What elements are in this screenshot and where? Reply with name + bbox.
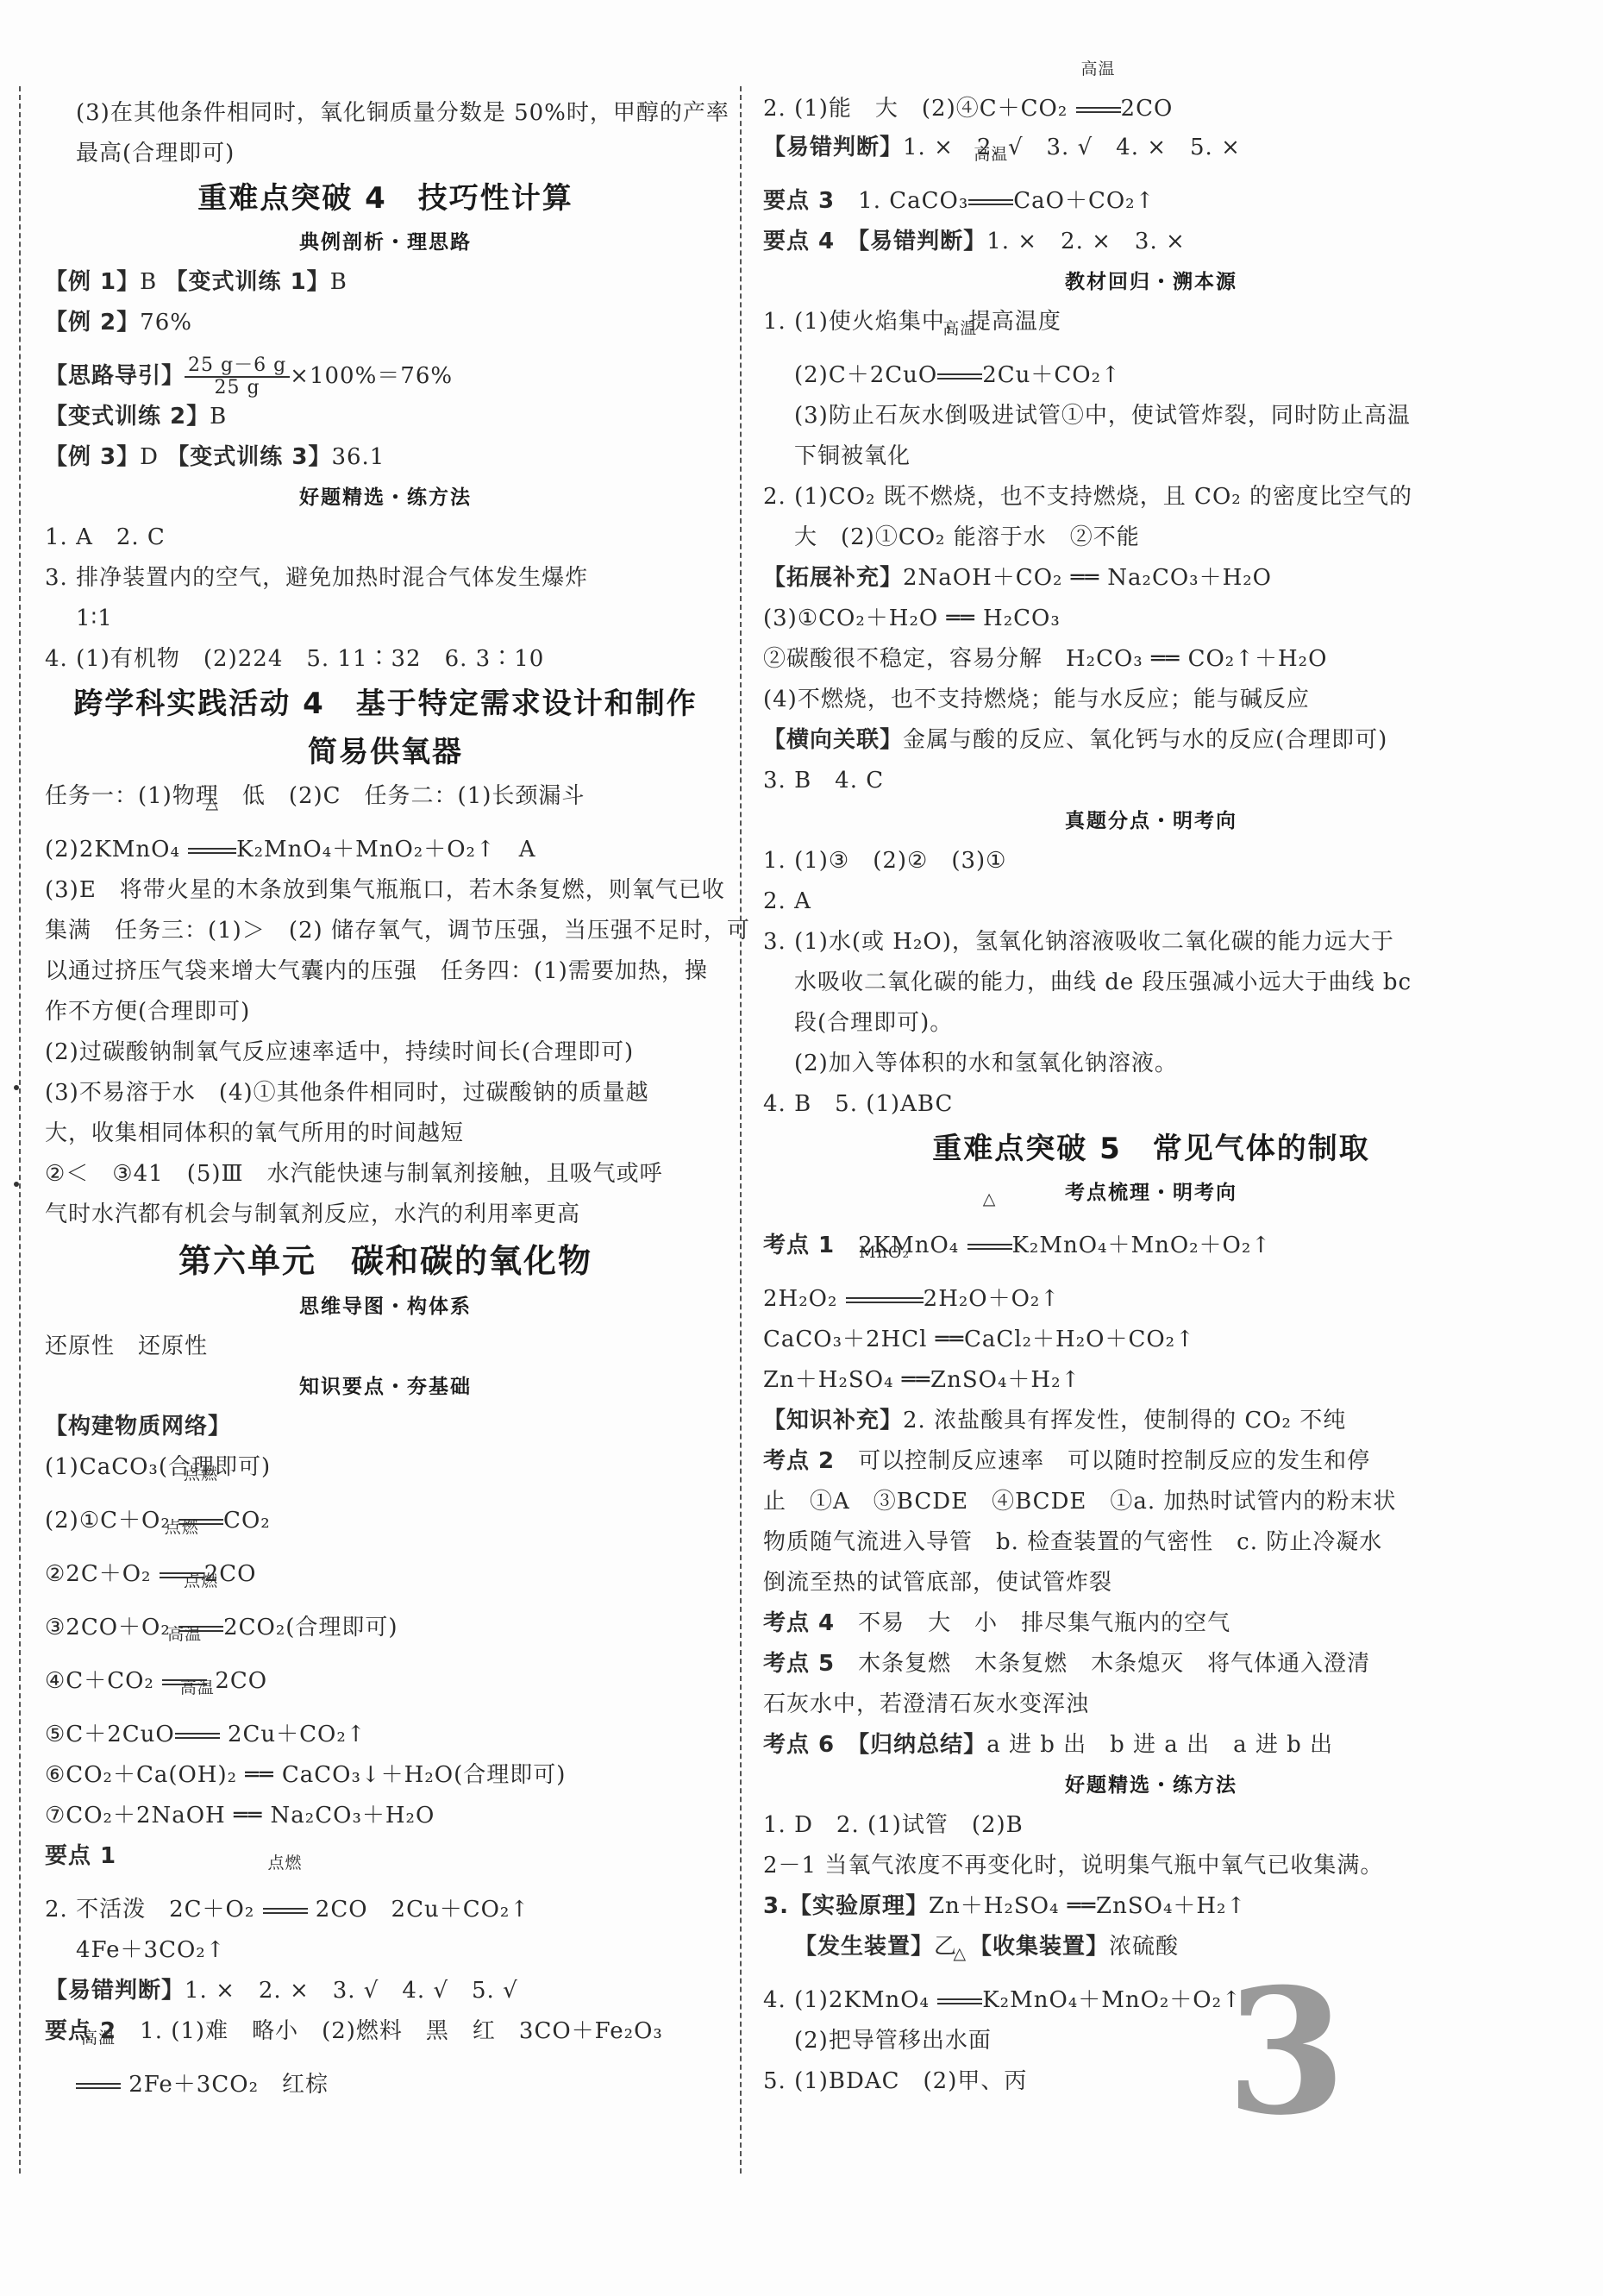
label: 【归纳总结】 bbox=[858, 1732, 986, 1758]
equation-line: ④C＋CO₂ 高温 2CO bbox=[45, 1648, 726, 1702]
label: 【拓展补充】 bbox=[763, 565, 903, 591]
answer-line: 3. 排净装置内的空气，避免加热时混合气体发生爆炸 bbox=[45, 558, 726, 599]
answer-line: 段(合理即可)。 bbox=[763, 1003, 1539, 1044]
reaction-condition: 高温 bbox=[937, 342, 982, 408]
answer-line: 【拓展补充】2NaOH＋CO₂ ══ Na₂CO₃＋H₂O bbox=[763, 558, 1539, 599]
answer-line: 【易错判断】1. × 2. × 3. √ 4. √ 5. √ bbox=[45, 1971, 726, 2011]
answer: 金属与酸的反应、氧化钙与水的反应(合理即可) bbox=[903, 727, 1387, 753]
answer-line: 集满 任务三：(1)＞ (2) 储存氧气，调节压强，当压强不足时，可 bbox=[45, 911, 726, 951]
answer: B bbox=[330, 269, 348, 295]
answer-line: 大，收集相同体积的氧气所用的时间越短 bbox=[45, 1113, 726, 1154]
answer-line: 2. (1)CO₂ 既不燃烧，也不支持燃烧，且 CO₂ 的密度比空气的 bbox=[763, 477, 1539, 518]
answer-line: 3. B 4. C bbox=[763, 761, 1539, 801]
answer-line: 考点 4 不易 大 小 排尽集气瓶内的空气 bbox=[763, 1603, 1539, 1644]
margin-dot bbox=[14, 1182, 19, 1187]
equation-products: 2CO bbox=[1121, 96, 1174, 122]
equation-products: K₂MnO₄＋MnO₂＋O₂↑ bbox=[982, 1987, 1242, 2013]
answer-line: 1. D 2. (1)试管 (2)B bbox=[763, 1805, 1539, 1846]
section-title: 重难点突破 5 常见气体的制取 bbox=[763, 1125, 1539, 1173]
answer-line: (3)防止石灰水倒吸进试管①中，使试管炸裂，同时防止高温 bbox=[763, 396, 1539, 436]
condition-label: 高温 bbox=[968, 146, 1013, 163]
answer-line: (3)①CO₂＋H₂O ══ H₂CO₃ bbox=[763, 599, 1539, 639]
condition-label: 点燃 bbox=[178, 1572, 223, 1590]
answer-line: (3)E 将带火星的木条放到集气瓶瓶口，若木条复燃，则氧气已收 bbox=[45, 870, 726, 911]
label: 【变式训练 3】 bbox=[166, 444, 331, 470]
reaction-condition: 高温 bbox=[175, 1702, 220, 1767]
label: 要点 1 bbox=[45, 1836, 726, 1877]
column-divider-dashed-rule bbox=[740, 86, 742, 2174]
answer: D bbox=[140, 444, 159, 470]
answer-line: 气时水汽都有机会与制氧剂反应，水汽的利用率更高 bbox=[45, 1195, 726, 1235]
answer: 可以控制反应速率 可以随时控制反应的发生和停 bbox=[835, 1448, 1370, 1474]
condition-label: 点燃 bbox=[263, 1854, 308, 1872]
equation-line: (1)CaCO₃(合理即可) bbox=[45, 1447, 726, 1488]
condition-label: 高温 bbox=[175, 1679, 220, 1697]
answer: B bbox=[210, 404, 227, 430]
label: 【横向关联】 bbox=[763, 727, 903, 753]
denominator: 25 g bbox=[185, 378, 290, 398]
label: 【实验原理】 bbox=[789, 1893, 929, 1919]
answer-line: 2. A bbox=[763, 881, 1539, 922]
subsection-title: 知识要点・夯基础 bbox=[45, 1367, 726, 1407]
answer: 木条复燃 木条复燃 木条熄灭 将气体通入澄清 bbox=[835, 1651, 1370, 1677]
answer-line: 任务一：(1)物理 低 (2)C 任务二：(1)长颈漏斗 bbox=[45, 776, 726, 817]
label: 【收集装置】 bbox=[980, 1934, 1109, 1960]
equation-products: 2CO 2Cu＋CO₂↑ bbox=[308, 1897, 530, 1923]
label: 要点 3 bbox=[763, 188, 835, 214]
equation-reactants: 2. (1)能 大 (2)④C＋CO₂ bbox=[763, 96, 1076, 122]
answer-line: 石灰水中，若澄清石灰水变浑浊 bbox=[763, 1684, 1539, 1725]
label: 考点 1 bbox=[763, 1233, 835, 1258]
equation-line: 2. (1)能 大 (2)④C＋CO₂ 高温2CO bbox=[763, 83, 1539, 128]
answer-line: 【例 2】76% bbox=[45, 303, 726, 343]
left-column: (3)在其他条件相同时，氧化铜质量分数是 50%时，甲醇的产率 最高(合理即可)… bbox=[45, 93, 726, 2105]
label: 【思路导引】 bbox=[45, 363, 185, 389]
double-bar bbox=[1076, 107, 1121, 113]
condition-label: 高温 bbox=[162, 1626, 207, 1643]
equation-line: 2H₂O₂ MnO₂2H₂O＋O₂↑ bbox=[763, 1266, 1539, 1320]
equation-line: ⑦CO₂＋2NaOH ══ Na₂CO₃＋H₂O bbox=[45, 1796, 726, 1836]
answer: 1. × 2. × 3. × bbox=[986, 229, 1186, 254]
activity-title: 跨学科实践活动 4 基于特定需求设计和制作 bbox=[45, 680, 726, 728]
equation-products: CaO＋CO₂↑ bbox=[1013, 188, 1155, 214]
answer-line: 以通过挤压气袋来增大气囊内的压强 任务四：(1)需要加热，操 bbox=[45, 951, 726, 992]
answer: 浓硫酸 bbox=[1109, 1934, 1179, 1960]
equation-line: 高温 2Fe＋3CO₂ 红棕 bbox=[45, 2052, 726, 2105]
label: 考点 5 bbox=[763, 1651, 835, 1677]
equation-reactants: 2H₂O₂ bbox=[763, 1286, 846, 1312]
answer: Zn＋H₂SO₄ ══ZnSO₄＋H₂↑ bbox=[929, 1893, 1246, 1919]
answer: 不易 大 小 排尽集气瓶内的空气 bbox=[835, 1610, 1230, 1636]
condition-label: 高温 bbox=[937, 320, 982, 337]
equation-reactants: (2)C＋2CuO bbox=[794, 362, 937, 388]
condition-label: MnO₂ bbox=[846, 1244, 924, 1261]
condition-label: △ bbox=[937, 1945, 982, 1962]
answer: a 进 b 出 b 进 a 出 a 进 b 出 bbox=[986, 1732, 1333, 1758]
condition-label: △ bbox=[188, 794, 236, 812]
answer: B bbox=[140, 269, 157, 295]
subsection-title: 真题分点・明考向 bbox=[763, 801, 1539, 841]
double-bar bbox=[967, 1244, 1012, 1250]
answer-line: 倒流至热的试管底部，使试管炸裂 bbox=[763, 1563, 1539, 1603]
answer-line: 3. (1)水(或 H₂O)，氢氧化钠溶液吸收二氧化碳的能力远大于 bbox=[763, 922, 1539, 963]
margin-dot bbox=[14, 1085, 19, 1090]
answer: ×100%＝76% bbox=[290, 363, 453, 389]
answer-line: 【例 1】B 【变式训练 1】B bbox=[45, 262, 726, 303]
answer: 36.1 bbox=[331, 444, 385, 470]
answer-line: 【发生装置】乙 【收集装置】浓硫酸 bbox=[763, 1927, 1539, 1967]
label: 考点 4 bbox=[763, 1610, 835, 1636]
label: 【知识补充】 bbox=[763, 1408, 903, 1433]
reaction-condition: 高温 bbox=[1076, 83, 1121, 135]
subsection-title: 考点梳理・明考向 bbox=[763, 1173, 1539, 1213]
answer-line: (4)不燃烧，也不支持燃烧；能与水反应；能与碱反应 bbox=[763, 680, 1539, 720]
equation-products: 2CO₂(合理即可) bbox=[223, 1615, 398, 1640]
label: 【例 3】 bbox=[45, 444, 140, 470]
condition-label: 点燃 bbox=[178, 1465, 223, 1483]
double-bar bbox=[846, 1297, 924, 1303]
label: 【易错判断】 bbox=[858, 229, 986, 254]
equation-line: Zn＋H₂SO₄ ══ZnSO₄＋H₂↑ bbox=[763, 1360, 1539, 1401]
reaction-condition: 高温 bbox=[968, 168, 1013, 234]
condition-label: 高温 bbox=[1076, 60, 1121, 78]
reaction-condition: △ bbox=[967, 1213, 1012, 1278]
label: 【发生装置】 bbox=[794, 1934, 934, 1960]
answer: 1. × 2. √ 3. √ 4. × 5. × bbox=[903, 135, 1241, 160]
answer: 1. (1)难 略小 (2)燃料 黑 红 3CO＋Fe₂O₃ bbox=[140, 2018, 663, 2044]
double-bar bbox=[968, 199, 1013, 205]
condition-label: 点燃 bbox=[160, 1519, 204, 1536]
unit-title: 第六单元 碳和碳的氧化物 bbox=[45, 1235, 726, 1287]
equation-products: 2Cu＋CO₂↑ bbox=[982, 362, 1121, 388]
reaction-condition: △ bbox=[188, 817, 236, 882]
answer: 2NaOH＋CO₂ ══ Na₂CO₃＋H₂O bbox=[903, 565, 1272, 591]
equation-line: 2. 不活泼 2C＋O₂ 点燃 2CO 2Cu＋CO₂↑ bbox=[45, 1877, 726, 1930]
answer: 2. 浓盐酸具有挥发性，使制得的 CO₂ 不纯 bbox=[903, 1408, 1346, 1433]
equation-line: 要点 3 1. CaCO₃高温CaO＋CO₂↑ bbox=[763, 168, 1539, 222]
label: 要点 4 bbox=[763, 229, 835, 254]
answer-line: 止 ①A ③BCDE ④BCDE ①a. 加热时试管内的粉末状 bbox=[763, 1482, 1539, 1522]
label: 【例 1】 bbox=[45, 269, 140, 295]
equation-products: K₂MnO₄＋MnO₂＋O₂↑ bbox=[1012, 1233, 1272, 1258]
answer-line: 大 (2)①CO₂ 能溶于水 ②不能 bbox=[763, 518, 1539, 558]
equation-line: ②2C＋O₂ 点燃2CO bbox=[45, 1541, 726, 1595]
equation-reactants: 4. (1)2KMnO₄ bbox=[763, 1987, 937, 2013]
subsection-title: 好题精选・练方法 bbox=[45, 478, 726, 518]
equation-products: 2Cu＋CO₂↑ bbox=[220, 1722, 366, 1747]
answer-line: (2)把导管移出水面 bbox=[763, 2021, 1539, 2061]
equation-line: (2)C＋2CuO高温2Cu＋CO₂↑ bbox=[763, 342, 1539, 396]
reaction-condition: △ bbox=[937, 1967, 982, 2033]
answer-line: 考点 5 木条复燃 木条复燃 木条熄灭 将气体通入澄清 bbox=[763, 1644, 1539, 1684]
answer-line: (3)在其他条件相同时，氧化铜质量分数是 50%时，甲醇的产率 bbox=[45, 93, 726, 134]
reaction-condition: MnO₂ bbox=[846, 1266, 924, 1332]
double-bar bbox=[937, 373, 982, 380]
answer-line: 还原性 还原性 bbox=[45, 1327, 726, 1367]
equation-products: K₂MnO₄＋MnO₂＋O₂↑ A bbox=[236, 837, 535, 863]
subsection-title: 好题精选・练方法 bbox=[763, 1766, 1539, 1805]
answer-line: 3.【实验原理】Zn＋H₂SO₄ ══ZnSO₄＋H₂↑ bbox=[763, 1886, 1539, 1927]
equation-reactants: ④C＋CO₂ bbox=[45, 1668, 162, 1694]
equation-reactants: ⑤C＋2CuO bbox=[45, 1722, 175, 1747]
answer-line: (2)加入等体积的水和氢氧化钠溶液。 bbox=[763, 1044, 1539, 1084]
equation-line: 4. (1)2KMnO₄ △K₂MnO₄＋MnO₂＋O₂↑ bbox=[763, 1967, 1539, 2021]
left-margin-dashed-rule bbox=[19, 86, 21, 2174]
equation-reactants: 1. CaCO₃ bbox=[835, 188, 968, 214]
label: 【变式训练 1】 bbox=[166, 269, 330, 295]
double-bar bbox=[188, 848, 236, 854]
item-number: 3. bbox=[763, 1893, 789, 1919]
answer-line: 1∶1 bbox=[45, 599, 726, 639]
section-title: 重难点突破 4 技巧性计算 bbox=[45, 174, 726, 223]
equation-reactants: (2)2KMnO₄ bbox=[45, 837, 188, 863]
fraction: 25 g－6 g25 g bbox=[185, 355, 290, 398]
condition-label: 高温 bbox=[76, 2029, 121, 2047]
answer-line: 4Fe＋3CO₂↑ bbox=[45, 1930, 726, 1971]
equation-line: (2)①C＋O₂ 点燃CO₂ bbox=[45, 1488, 726, 1541]
equation-products: 2Fe＋3CO₂ 红棕 bbox=[121, 2072, 329, 2098]
equation-line: ⑥CO₂＋Ca(OH)₂ ══ CaCO₃↓＋H₂O(合理即可) bbox=[45, 1755, 726, 1796]
equation-products: 2H₂O＋O₂↑ bbox=[924, 1286, 1060, 1312]
answer-line: 2－1 当氧气浓度不再变化时，说明集气瓶中氧气已收集满。 bbox=[763, 1846, 1539, 1886]
answer-line: 考点 2 可以控制反应速率 可以随时控制反应的发生和停 bbox=[763, 1441, 1539, 1482]
subsection-title: 典例剖析・理思路 bbox=[45, 223, 726, 262]
answer-line: 4. B 5. (1)ABC bbox=[763, 1084, 1539, 1125]
label: 【构建物质网络】 bbox=[45, 1407, 726, 1447]
condition-label: △ bbox=[967, 1190, 1012, 1208]
answer-line: 要点 2 1. (1)难 略小 (2)燃料 黑 红 3CO＋Fe₂O₃ bbox=[45, 2011, 726, 2052]
answer-line: 【变式训练 2】B bbox=[45, 397, 726, 437]
equation-products: CO₂ bbox=[223, 1508, 271, 1534]
double-bar bbox=[937, 1998, 982, 2004]
answer-line: 1. A 2. C bbox=[45, 518, 726, 558]
answer-line: 作不方便(合理即可) bbox=[45, 992, 726, 1032]
right-column: 2. (1)能 大 (2)④C＋CO₂ 高温2CO 【易错判断】1. × 2. … bbox=[763, 93, 1539, 2102]
label: 考点 6 bbox=[763, 1732, 835, 1758]
equation-line: ③2CO＋O₂ 点燃2CO₂(合理即可) bbox=[45, 1595, 726, 1648]
answer: 76% bbox=[140, 310, 192, 336]
answer-line: 【例 3】D 【变式训练 3】36.1 bbox=[45, 437, 726, 478]
answer: 1. × 2. × 3. √ 4. √ 5. √ bbox=[185, 1978, 518, 2004]
reaction-condition: 高温 bbox=[76, 2052, 121, 2117]
answer-line: 下铜被氧化 bbox=[763, 436, 1539, 477]
equation-line: ⑤C＋2CuO高温 2Cu＋CO₂↑ bbox=[45, 1702, 726, 1755]
label: 考点 2 bbox=[763, 1448, 835, 1474]
answer-line: 5. (1)BDAC (2)甲、丙 bbox=[763, 2061, 1539, 2102]
page-number-watermark: 3 bbox=[1226, 1967, 1346, 2139]
answer-line: 物质随气流进入导管 b. 检查装置的气密性 c. 防止冷凝水 bbox=[763, 1522, 1539, 1563]
double-bar bbox=[175, 1733, 220, 1739]
answer-line: ②＜ ③41 (5)Ⅲ 水汽能快速与制氧剂接触，且吸气或呼 bbox=[45, 1154, 726, 1195]
subsection-title: 教材回归・溯本源 bbox=[763, 262, 1539, 302]
activity-title: 简易供氧器 bbox=[45, 728, 726, 776]
equation-reactants: 2. 不活泼 2C＋O₂ bbox=[45, 1897, 263, 1923]
answer-line: 要点 4 【易错判断】1. × 2. × 3. × bbox=[763, 222, 1539, 262]
reaction-condition: 点燃 bbox=[263, 1877, 308, 1942]
label: 【易错判断】 bbox=[45, 1978, 185, 2004]
equation-reactants: ②2C＋O₂ bbox=[45, 1561, 160, 1587]
answer-line: 1. (1)使火焰集中，提高温度 bbox=[763, 302, 1539, 342]
answer-line: 4. (1)有机物 (2)224 5. 11∶32 6. 3∶10 bbox=[45, 639, 726, 680]
label: 【易错判断】 bbox=[763, 135, 903, 160]
answer-line: 【思路导引】25 g－6 g25 g×100%＝76% bbox=[45, 343, 726, 397]
answer-line: (3)不易溶于水 (4)①其他条件相同时，过碳酸钠的质量越 bbox=[45, 1073, 726, 1113]
double-bar bbox=[76, 2083, 121, 2089]
answer-line: 【横向关联】金属与酸的反应、氧化钙与水的反应(合理即可) bbox=[763, 720, 1539, 761]
label: 【变式训练 2】 bbox=[45, 404, 210, 430]
equation-reactants: ③2CO＋O₂ bbox=[45, 1615, 178, 1640]
label: 【例 2】 bbox=[45, 310, 140, 336]
answer-line: 考点 6 【归纳总结】a 进 b 出 b 进 a 出 a 进 b 出 bbox=[763, 1725, 1539, 1766]
answer-line: 1. (1)③ (2)② (3)① bbox=[763, 841, 1539, 881]
answer-line: 【知识补充】2. 浓盐酸具有挥发性，使制得的 CO₂ 不纯 bbox=[763, 1401, 1539, 1441]
double-bar bbox=[263, 1908, 308, 1914]
answer-line: (2)过碳酸钠制氧气反应速率适中，持续时间长(合理即可) bbox=[45, 1032, 726, 1073]
subsection-title: 思维导图・构体系 bbox=[45, 1287, 726, 1327]
numerator: 25 g－6 g bbox=[185, 355, 290, 378]
answer-line: 最高(合理即可) bbox=[45, 134, 726, 174]
answer-line: 水吸收二氧化碳的能力，曲线 de 段压强减小远大于曲线 bc bbox=[763, 963, 1539, 1003]
answer-line: 【易错判断】1. × 2. √ 3. √ 4. × 5. × bbox=[763, 128, 1539, 168]
answer-line: ②碳酸很不稳定，容易分解 H₂CO₃ ══ CO₂↑＋H₂O bbox=[763, 639, 1539, 680]
equation-line: (2)2KMnO₄ △K₂MnO₄＋MnO₂＋O₂↑ A bbox=[45, 817, 726, 870]
